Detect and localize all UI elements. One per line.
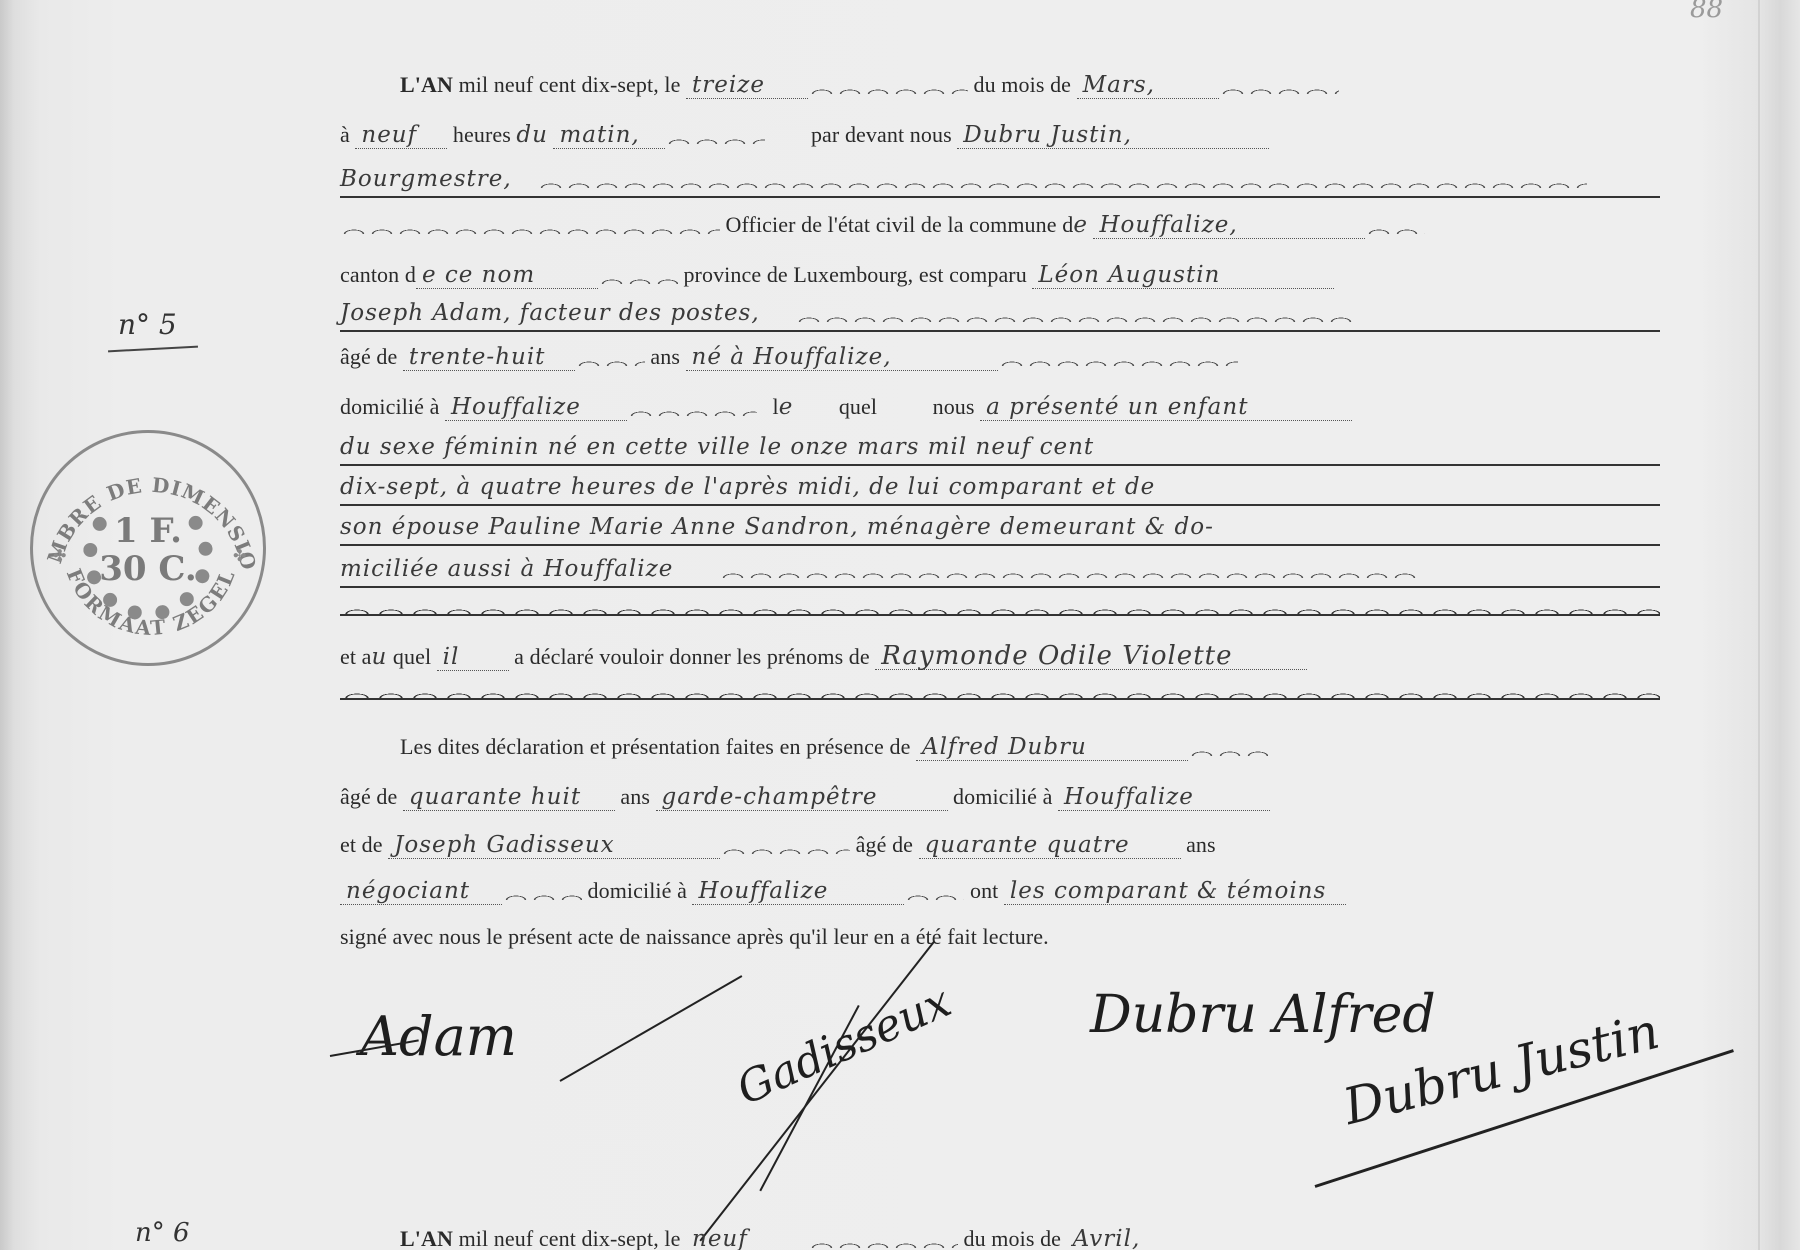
field-witness1-name: Alfred Dubru bbox=[916, 734, 1188, 761]
field-month: Mars, bbox=[1077, 72, 1219, 99]
field-declarant-name: Léon Augustin bbox=[1032, 262, 1334, 289]
page-fold bbox=[1758, 0, 1760, 1250]
line-witness-intro: Les dites déclaration et présentation fa… bbox=[340, 730, 1720, 764]
line-declarant-age: âgé de trente-huit ans né à Houffalize, bbox=[340, 340, 1660, 374]
page-number: 88 bbox=[1690, 0, 1723, 24]
field-witness2-domicile: Houffalize bbox=[692, 878, 904, 905]
margin-entry-number: n° 5 bbox=[118, 308, 177, 341]
line-child-sex-birth: du sexe féminin né en cette ville le onz… bbox=[340, 430, 1660, 466]
stamp-value-francs: 1 F. bbox=[33, 511, 263, 551]
line-mother: son épouse Pauline Marie Anne Sandron, m… bbox=[340, 510, 1660, 546]
line-given-names: et au quel il a déclaré vouloir donner l… bbox=[340, 640, 1660, 674]
field-hour: neuf bbox=[355, 122, 447, 149]
field-child-given-names: Raymonde Odile Violette bbox=[875, 643, 1307, 670]
field-witness2-age: quarante quatre bbox=[919, 832, 1181, 859]
line-declarant: Joseph Adam, facteur des postes, bbox=[340, 296, 1660, 332]
line-birth-time-parent: dix-sept, à quatre heures de l'après mid… bbox=[340, 470, 1660, 506]
line-witness2-details: négociant domicilié à Houffalize ont les… bbox=[340, 874, 1660, 908]
line-domicile: domicilié à Houffalize le quel nous a pr… bbox=[340, 390, 1660, 424]
filler-wave bbox=[340, 600, 1660, 616]
field-next-day: neuf bbox=[686, 1226, 808, 1250]
signature-dubru-alfred: Dubru Alfred bbox=[1090, 985, 1436, 1045]
field-canton: e ce nom bbox=[416, 262, 598, 289]
field-declarant-age: trente-huit bbox=[403, 344, 575, 371]
line-officer-title: Bourgmestre, bbox=[340, 162, 1660, 198]
line-next-entry-date: L'AN mil neuf cent dix-sept, le neuf du … bbox=[340, 1222, 1720, 1250]
field-day: treize bbox=[686, 72, 808, 99]
stamp-value-centimes: 30 C. bbox=[33, 549, 263, 589]
field-commune: Houffalize, bbox=[1093, 212, 1365, 239]
field-witness2-name: Joseph Gadisseux bbox=[388, 832, 720, 859]
field-next-month: Avril, bbox=[1067, 1226, 1209, 1250]
revenue-stamp: TIMBRE DE DIMENSION FORMAAT ZEGEL ✤ ✤ 1 … bbox=[30, 430, 266, 666]
field-declarant-domicile: Houffalize bbox=[445, 394, 627, 421]
line-hour: à neuf heures du matin, par devant nous … bbox=[340, 118, 1660, 152]
field-declarant-birthplace: né à Houffalize, bbox=[686, 344, 998, 371]
line-closing: signé avec nous le présent acte de naiss… bbox=[340, 920, 1660, 954]
line-witness1: âgé de quarante huit ans garde-champêtre… bbox=[340, 780, 1660, 814]
field-signatories: les comparant & témoins bbox=[1004, 878, 1346, 905]
filler-wave-2 bbox=[340, 684, 1660, 700]
field-officer-name: Dubru Justin, bbox=[957, 122, 1269, 149]
line-witness2: et de Joseph Gadisseux âgé de quarante q… bbox=[340, 828, 1660, 862]
margin-underline bbox=[108, 346, 198, 353]
field-declarant-name-occupation: Joseph Adam, facteur des postes, bbox=[340, 300, 760, 326]
signature-adam: Adam bbox=[360, 1005, 517, 1068]
field-witness1-age: quarante huit bbox=[403, 784, 615, 811]
field-time-of-day: matin, bbox=[553, 122, 665, 149]
document-page: 88 n° 5 TIMBRE DE DIMENSION FORMAAT ZEGE… bbox=[0, 0, 1800, 1250]
signature-gadisseux: Gadisseux bbox=[729, 976, 958, 1115]
line-canton: canton de ce nom province de Luxembourg,… bbox=[340, 258, 1660, 292]
next-margin-entry-number: n° 6 bbox=[135, 1218, 190, 1248]
field-witness2-occupation: négociant bbox=[340, 878, 502, 905]
field-presented: a présenté un enfant bbox=[980, 394, 1352, 421]
field-witness1-occupation: garde-champêtre bbox=[656, 784, 948, 811]
line-mother-domicile: miciliée aussi à Houffalize bbox=[340, 552, 1660, 588]
field-officer-title: Bourgmestre, bbox=[340, 166, 512, 192]
line-date: L'AN mil neuf cent dix-sept, le treize d… bbox=[340, 68, 1720, 102]
field-witness1-domicile: Houffalize bbox=[1058, 784, 1270, 811]
line-commune: Officier de l'état civil de la commune d… bbox=[340, 208, 1660, 242]
